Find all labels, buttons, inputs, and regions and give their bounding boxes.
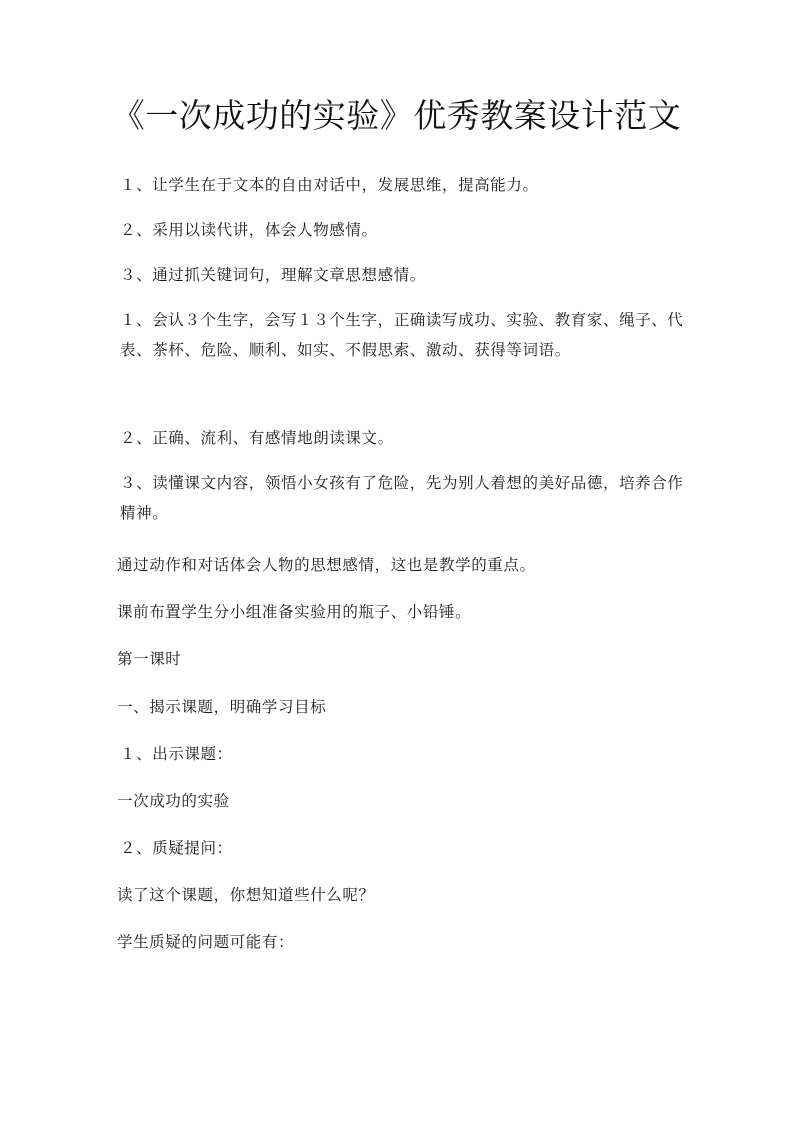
paragraph-step-2: ２、质疑提问： (120, 833, 686, 863)
document-title: 《一次成功的实验》优秀教案设计范文 (0, 94, 793, 138)
paragraph-section-1: 一、揭示课题，明确学习目标 (117, 692, 683, 722)
paragraph-goal-1: １、让学生在于文本的自由对话中，发展思维，提高能力。 (120, 170, 686, 200)
paragraph-lesson-title: 一次成功的实验 (117, 786, 683, 816)
paragraph-preparation: 课前布置学生分小组准备实验用的瓶子、小铅锤。 (117, 597, 683, 627)
paragraph-goal-3: ３、通过抓关键词句，理解文章思想感情。 (120, 260, 686, 290)
paragraph-objective-3: ３、读懂课文内容，领悟小女孩有了危险，先为别人着想的美好品德，培养合作精神。 (120, 468, 686, 528)
paragraph-objective-1: １、会认３个生字，会写１３个生字，正确读写成功、实验、教育家、绳子、代表、茶杯、… (120, 305, 686, 365)
paragraph-objective-2: ２、正确、流利、有感情地朗读课文。 (120, 423, 686, 453)
paragraph-question: 读了这个课题，你想知道些什么呢？ (117, 880, 683, 910)
document-page: 《一次成功的实验》优秀教案设计范文 １、让学生在于文本的自由对话中，发展思维，提… (0, 0, 793, 1122)
paragraph-student-questions: 学生质疑的问题可能有： (117, 927, 683, 957)
paragraph-key-point: 通过动作和对话体会人物的思想感情，这也是教学的重点。 (117, 550, 683, 580)
paragraph-step-1: １、出示课题： (120, 739, 686, 769)
paragraph-goal-2: ２、采用以读代讲，体会人物感情。 (120, 215, 686, 245)
paragraph-lesson-heading: 第一课时 (117, 644, 683, 674)
